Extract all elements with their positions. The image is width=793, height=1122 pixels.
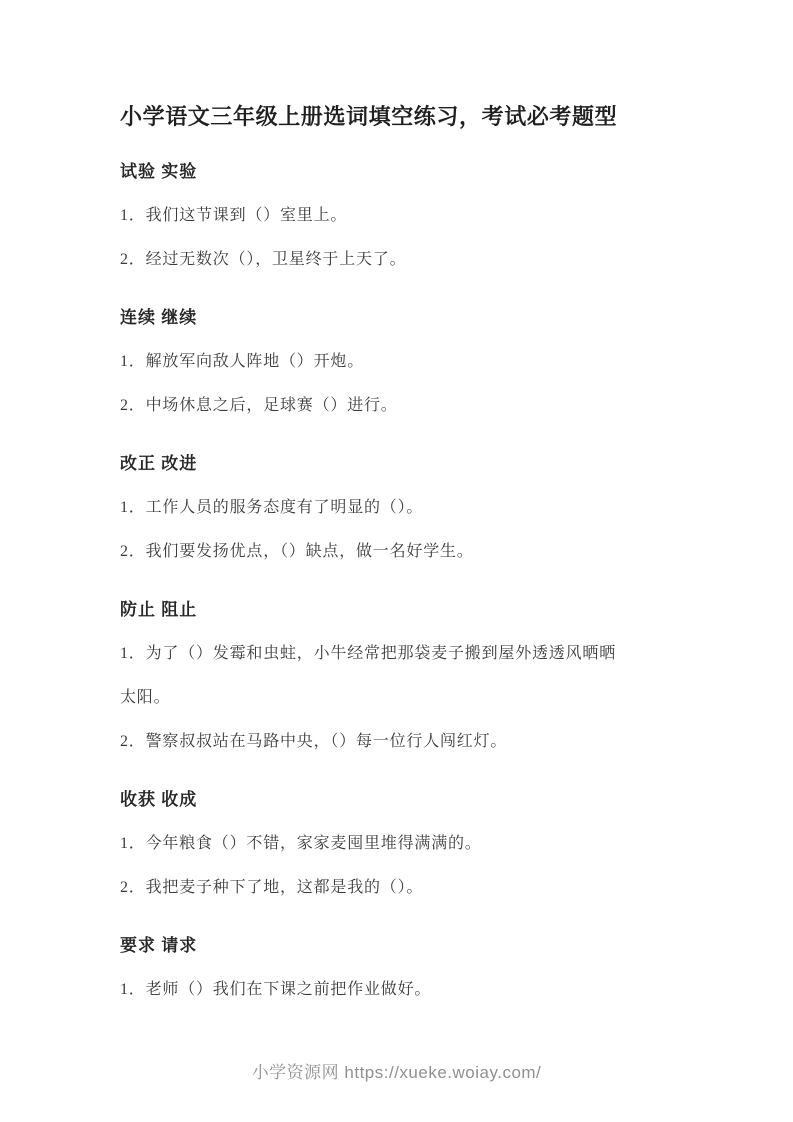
word-pair-heading: 试验 实验 (120, 150, 677, 194)
exercise-item: 1．我们这节课到（）室里上。 (120, 194, 677, 238)
exercise-item: 2．中场休息之后，足球赛（）进行。 (120, 384, 677, 428)
exercise-section: 试验 实验 1．我们这节课到（）室里上。 2．经过无数次（），卫星终于上天了。 (120, 150, 677, 282)
exercise-item: 1．为了（）发霉和虫蛀，小牛经常把那袋麦子搬到屋外透透风晒晒 太阳。 (120, 632, 677, 720)
page-title: 小学语文三年级上册选词填空练习，考试必考题型 (120, 95, 677, 139)
exercise-section: 防止 阻止 1．为了（）发霉和虫蛀，小牛经常把那袋麦子搬到屋外透透风晒晒 太阳。… (120, 588, 677, 764)
word-pair-heading: 改正 改进 (120, 442, 677, 486)
word-pair-heading: 收获 收成 (120, 778, 677, 822)
exercise-item: 1．工作人员的服务态度有了明显的（）。 (120, 486, 677, 530)
exercise-section: 要求 请求 1．老师（）我们在下课之前把作业做好。 (120, 924, 677, 1012)
exercise-item: 1．解放军向敌人阵地（）开炮。 (120, 340, 677, 384)
exercise-item: 1．老师（）我们在下课之前把作业做好。 (120, 968, 677, 1012)
word-pair-heading: 要求 请求 (120, 924, 677, 968)
footer-watermark: 小学资源网 https://xueke.woiay.com/ (0, 1060, 793, 1086)
word-pair-heading: 连续 继续 (120, 296, 677, 340)
document-page: 小学语文三年级上册选词填空练习，考试必考题型 试验 实验 1．我们这节课到（）室… (0, 0, 793, 1122)
exercise-item: 2．警察叔叔站在马路中央，（）每一位行人闯红灯。 (120, 720, 677, 764)
exercise-item: 2．我们要发扬优点，（）缺点，做一名好学生。 (120, 530, 677, 574)
exercise-section: 改正 改进 1．工作人员的服务态度有了明显的（）。 2．我们要发扬优点，（）缺点… (120, 442, 677, 574)
exercise-item: 1．今年粮食（）不错，家家麦囤里堆得满满的。 (120, 822, 677, 866)
exercise-section: 收获 收成 1．今年粮食（）不错，家家麦囤里堆得满满的。 2．我把麦子种下了地，… (120, 778, 677, 910)
exercise-section: 连续 继续 1．解放军向敌人阵地（）开炮。 2．中场休息之后，足球赛（）进行。 (120, 296, 677, 428)
exercise-item: 2．我把麦子种下了地，这都是我的（）。 (120, 866, 677, 910)
word-pair-heading: 防止 阻止 (120, 588, 677, 632)
exercise-item: 2．经过无数次（），卫星终于上天了。 (120, 238, 677, 282)
